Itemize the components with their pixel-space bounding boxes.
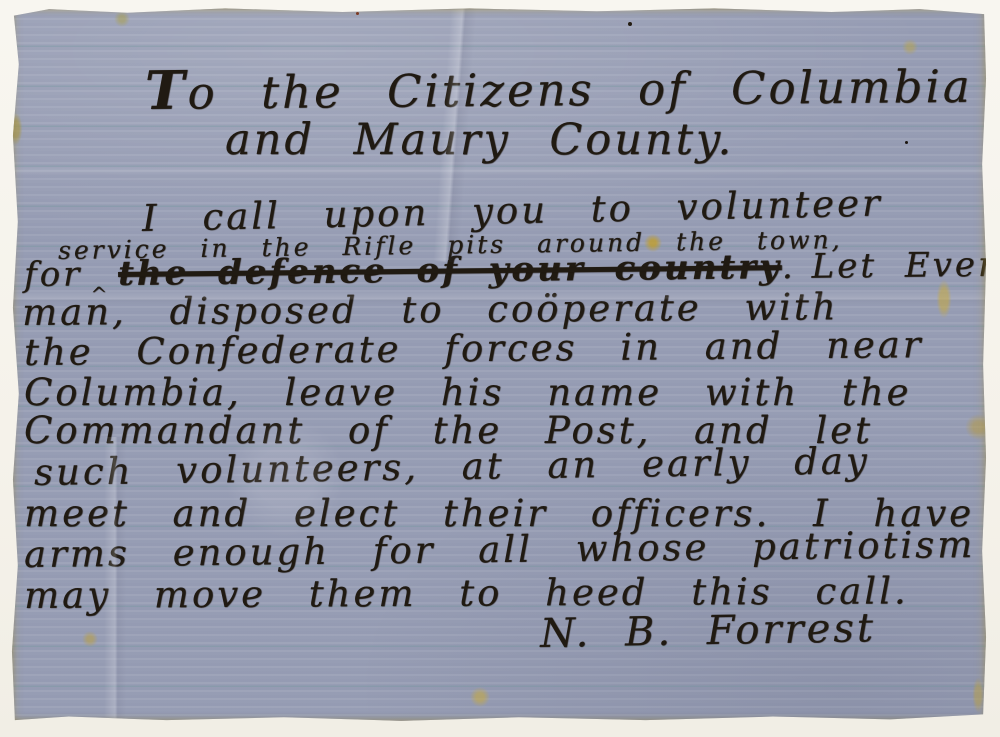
letter-line-arms: arms enough for all whose patriotism	[24, 523, 976, 576]
paper-crease-horizontal-upper	[10, 165, 988, 175]
ink-speck	[905, 141, 908, 144]
letter-title-line-2: and Maury County.	[225, 115, 734, 165]
ink-speck	[628, 22, 632, 26]
letter-title-line-1: To the Citizens of Columbia	[145, 52, 973, 122]
manuscript-paper: To the Citizens of Columbia and Maury Co…	[10, 7, 988, 723]
letter-line-columbia: Columbia, leave his name with the	[24, 371, 911, 414]
letter-line-confederate: the Confederate forces in and near	[24, 323, 924, 374]
signature: N. B. Forrest	[540, 605, 877, 657]
word-for: for	[24, 254, 83, 295]
ink-speck	[356, 12, 359, 15]
period-after-struck: .	[782, 247, 796, 287]
phrase-let-every: Let Every	[811, 245, 1000, 287]
scanned-document: To the Citizens of Columbia and Maury Co…	[0, 0, 1000, 737]
